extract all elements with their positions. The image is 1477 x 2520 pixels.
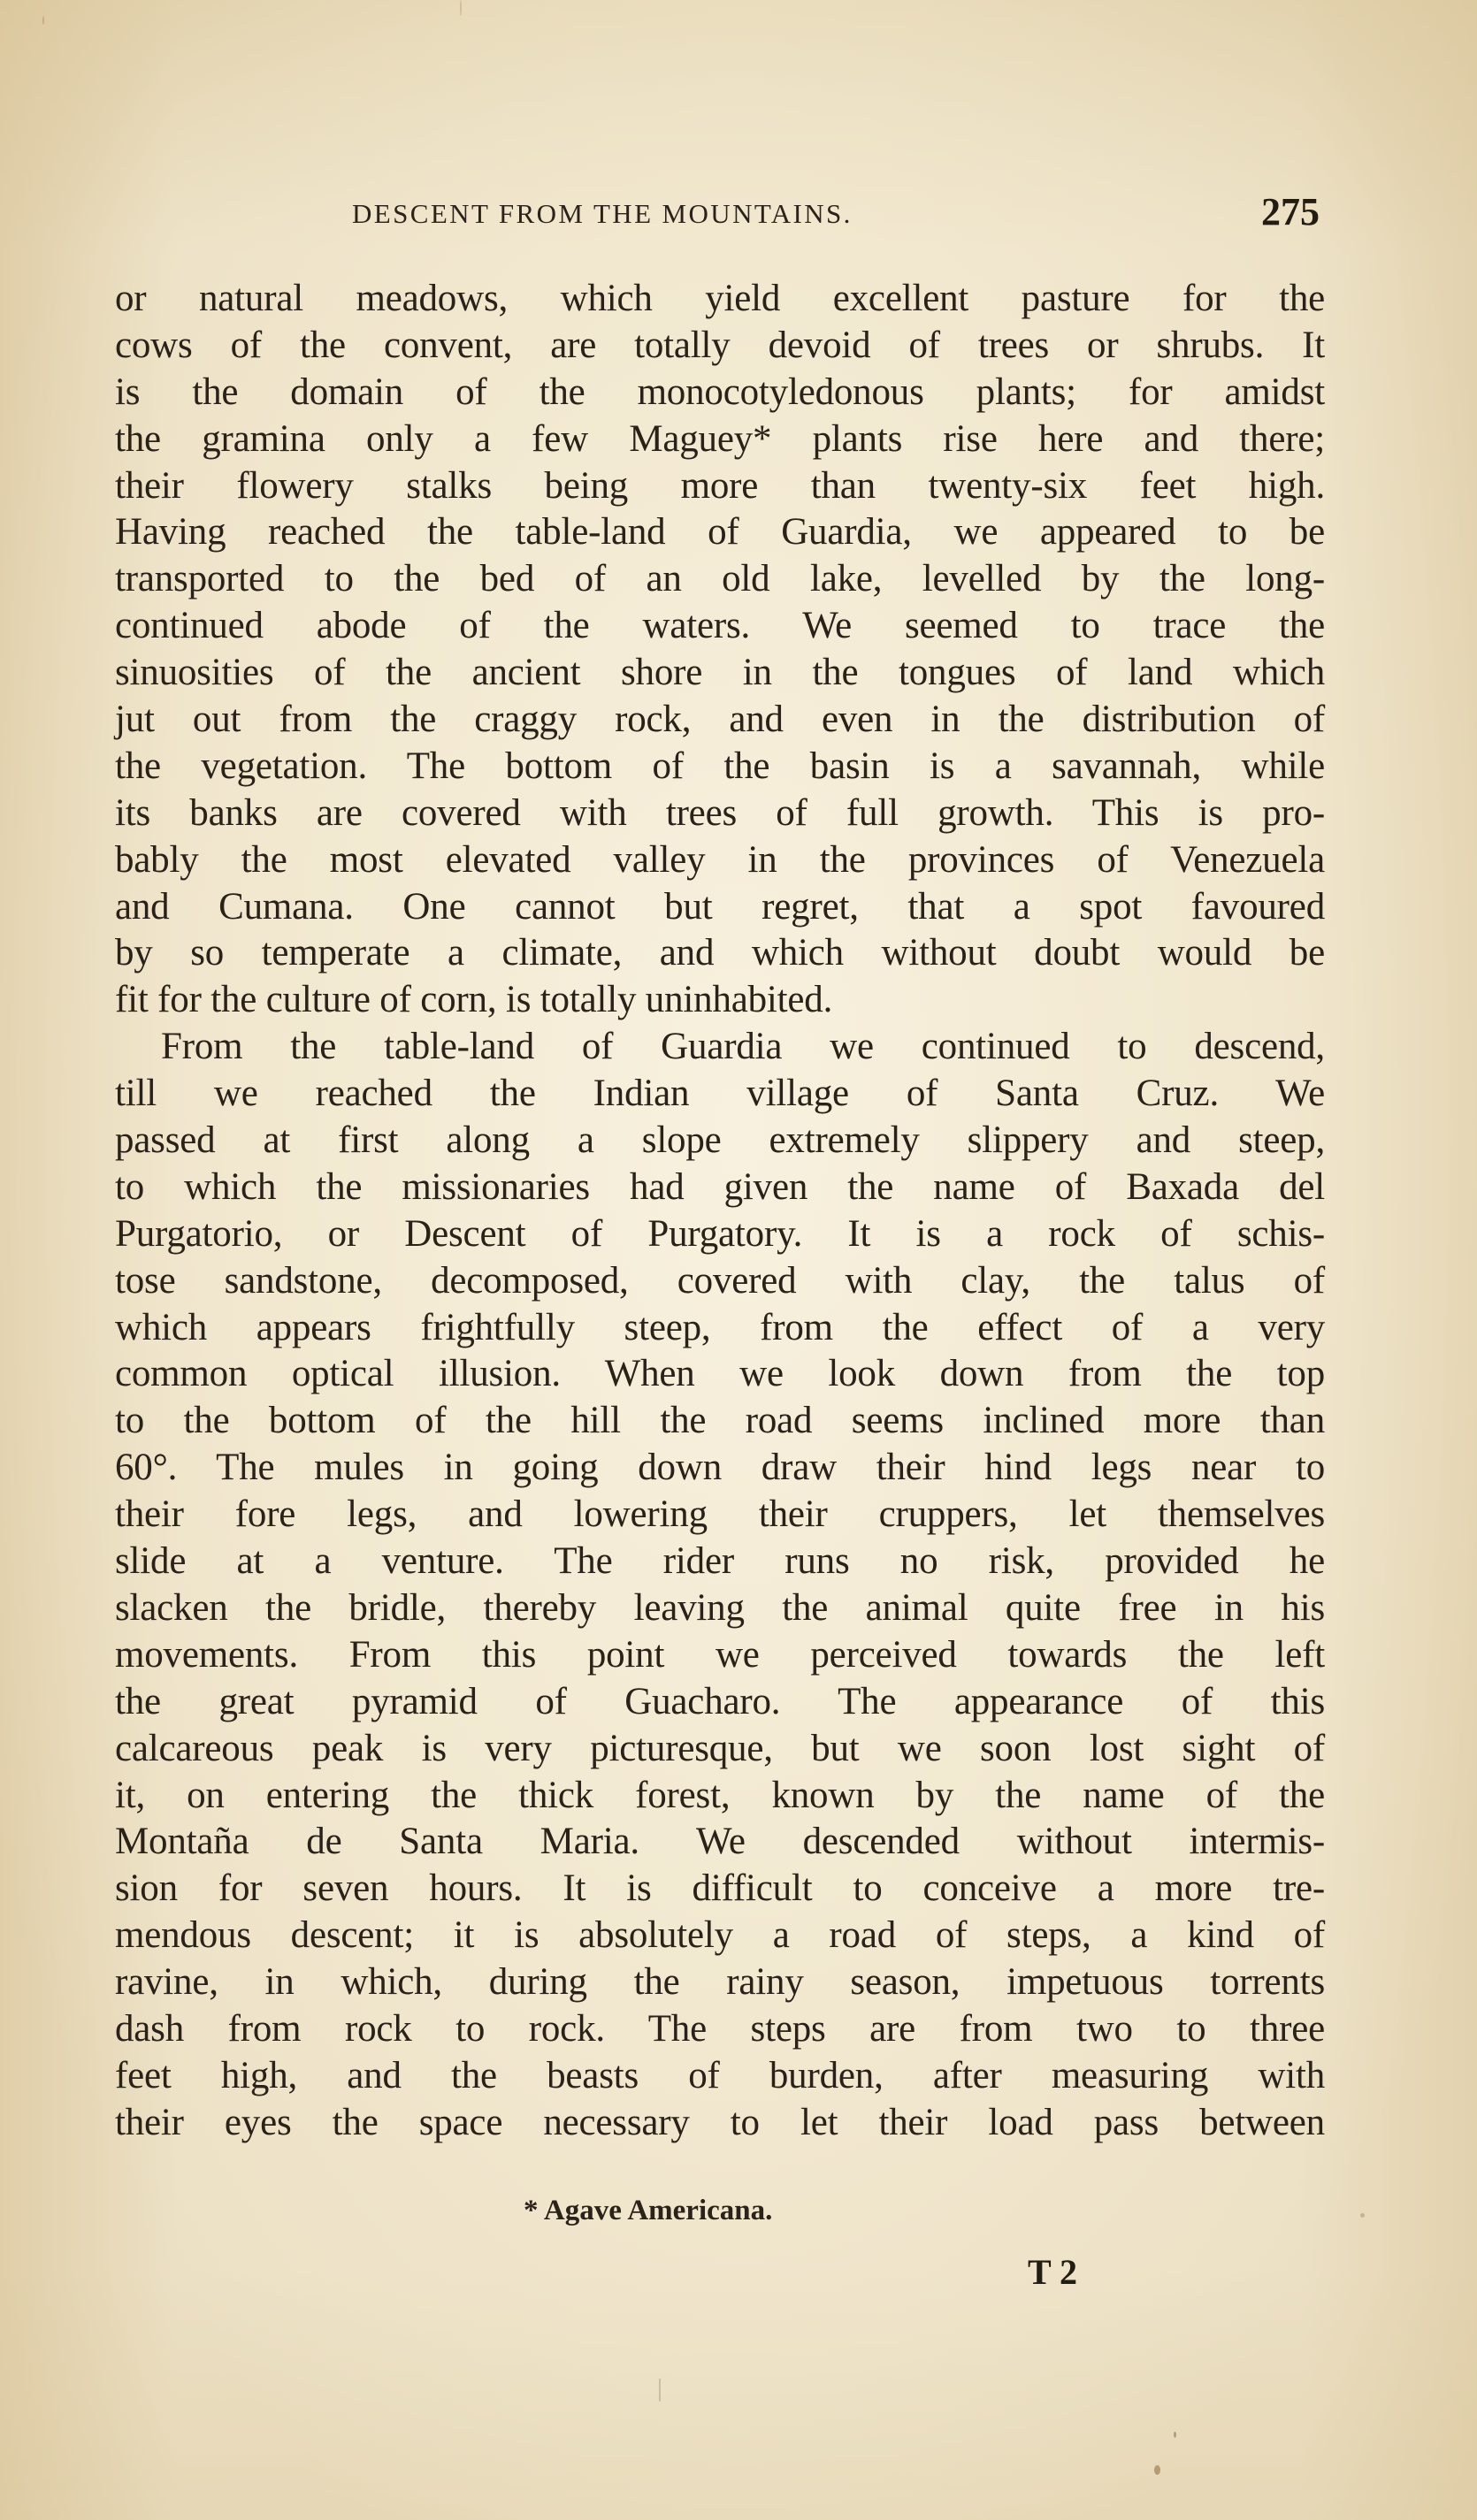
text-line: slide at a venture. The rider runs no ri… (115, 1539, 1325, 1585)
text-line: jut out from the craggy rock, and even i… (115, 697, 1325, 744)
paper-speck (460, 0, 462, 16)
text-line: feet high, and the beasts of burden, aft… (115, 2053, 1325, 2100)
running-title: DESCENT FROM THE MOUNTAINS. (352, 198, 853, 230)
text-line: it, on entering the thick forest, known … (115, 1773, 1325, 1820)
text-line: their flowery stalks being more than twe… (115, 463, 1325, 510)
text-line: calcareous peak is very picturesque, but… (115, 1726, 1325, 1773)
text-line: to which the missionaries had given the … (115, 1165, 1325, 1211)
text-line: and Cumana. One cannot but regret, that … (115, 884, 1325, 931)
text-line: its banks are covered with trees of full… (115, 790, 1325, 837)
text-line: sion for seven hours. It is difficult to… (115, 1866, 1325, 1913)
text-line: their eyes the space necessary to let th… (115, 2100, 1325, 2147)
running-head: DESCENT FROM THE MOUNTAINS. 275 (115, 189, 1323, 242)
text-line: passed at first along a slope extremely … (115, 1118, 1325, 1165)
text-line: continued abode of the waters. We seemed… (115, 603, 1325, 650)
text-line: is the domain of the monocotyledonous pl… (115, 370, 1325, 416)
text-line: the great pyramid of Guacharo. The appea… (115, 1679, 1325, 1726)
text-line: by so temperate a climate, and which wit… (115, 930, 1325, 977)
text-line: which appears frightfully steep, from th… (115, 1305, 1325, 1352)
text-line: ravine, in which, during the rainy seaso… (115, 1959, 1325, 2006)
paper-speck (1360, 2213, 1365, 2218)
text-line: fit for the culture of corn, is totally … (115, 977, 1325, 1024)
paragraph-1: or natural meadows, which yield excellen… (115, 276, 1325, 1024)
signature-mark: T 2 (1028, 2251, 1077, 2293)
text-line: slacken the bridle, thereby leaving the … (115, 1585, 1325, 1632)
text-line: Purgatorio, or Descent of Purgatory. It … (115, 1211, 1325, 1258)
footnote: * Agave Americana. (524, 2195, 772, 2227)
text-line: the vegetation. The bottom of the basin … (115, 744, 1325, 790)
text-line: mendous descent; it is absolutely a road… (115, 1913, 1325, 1959)
book-page: DESCENT FROM THE MOUNTAINS. 275 or natur… (0, 0, 1477, 2520)
text-line: Montaña de Santa Maria. We descended wit… (115, 1819, 1325, 1866)
text-line: the gramina only a few Maguey* plants ri… (115, 416, 1325, 463)
text-line: cows of the convent, are totally devoid … (115, 323, 1325, 370)
text-line: their fore legs, and lowering their crup… (115, 1492, 1325, 1539)
text-line: tose sandstone, decomposed, covered with… (115, 1258, 1325, 1305)
paragraph-2: From the table-land of Guardia we contin… (115, 1024, 1325, 2146)
paper-speck (1174, 2432, 1176, 2438)
page-number: 275 (1261, 189, 1320, 234)
text-line: sinuosities of the ancient shore in the … (115, 650, 1325, 697)
text-line: till we reached the Indian village of Sa… (115, 1071, 1325, 1118)
paper-speck (659, 2379, 661, 2402)
text-line: From the table-land of Guardia we contin… (115, 1024, 1325, 1071)
body-text: or natural meadows, which yield excellen… (115, 276, 1325, 2147)
text-line: or natural meadows, which yield excellen… (115, 276, 1325, 323)
text-line: common optical illusion. When we look do… (115, 1351, 1325, 1398)
text-line: to the bottom of the hill the road seems… (115, 1398, 1325, 1445)
text-line: 60°. The mules in going down draw their … (115, 1445, 1325, 1492)
text-line: movements. From this point we perceived … (115, 1632, 1325, 1679)
text-line: bably the most elevated valley in the pr… (115, 837, 1325, 884)
paper-speck (42, 16, 44, 25)
text-line: Having reached the table-land of Guardia… (115, 509, 1325, 556)
text-line: transported to the bed of an old lake, l… (115, 556, 1325, 603)
paper-speck (1154, 2465, 1160, 2475)
text-line: dash from rock to rock. The steps are fr… (115, 2006, 1325, 2053)
